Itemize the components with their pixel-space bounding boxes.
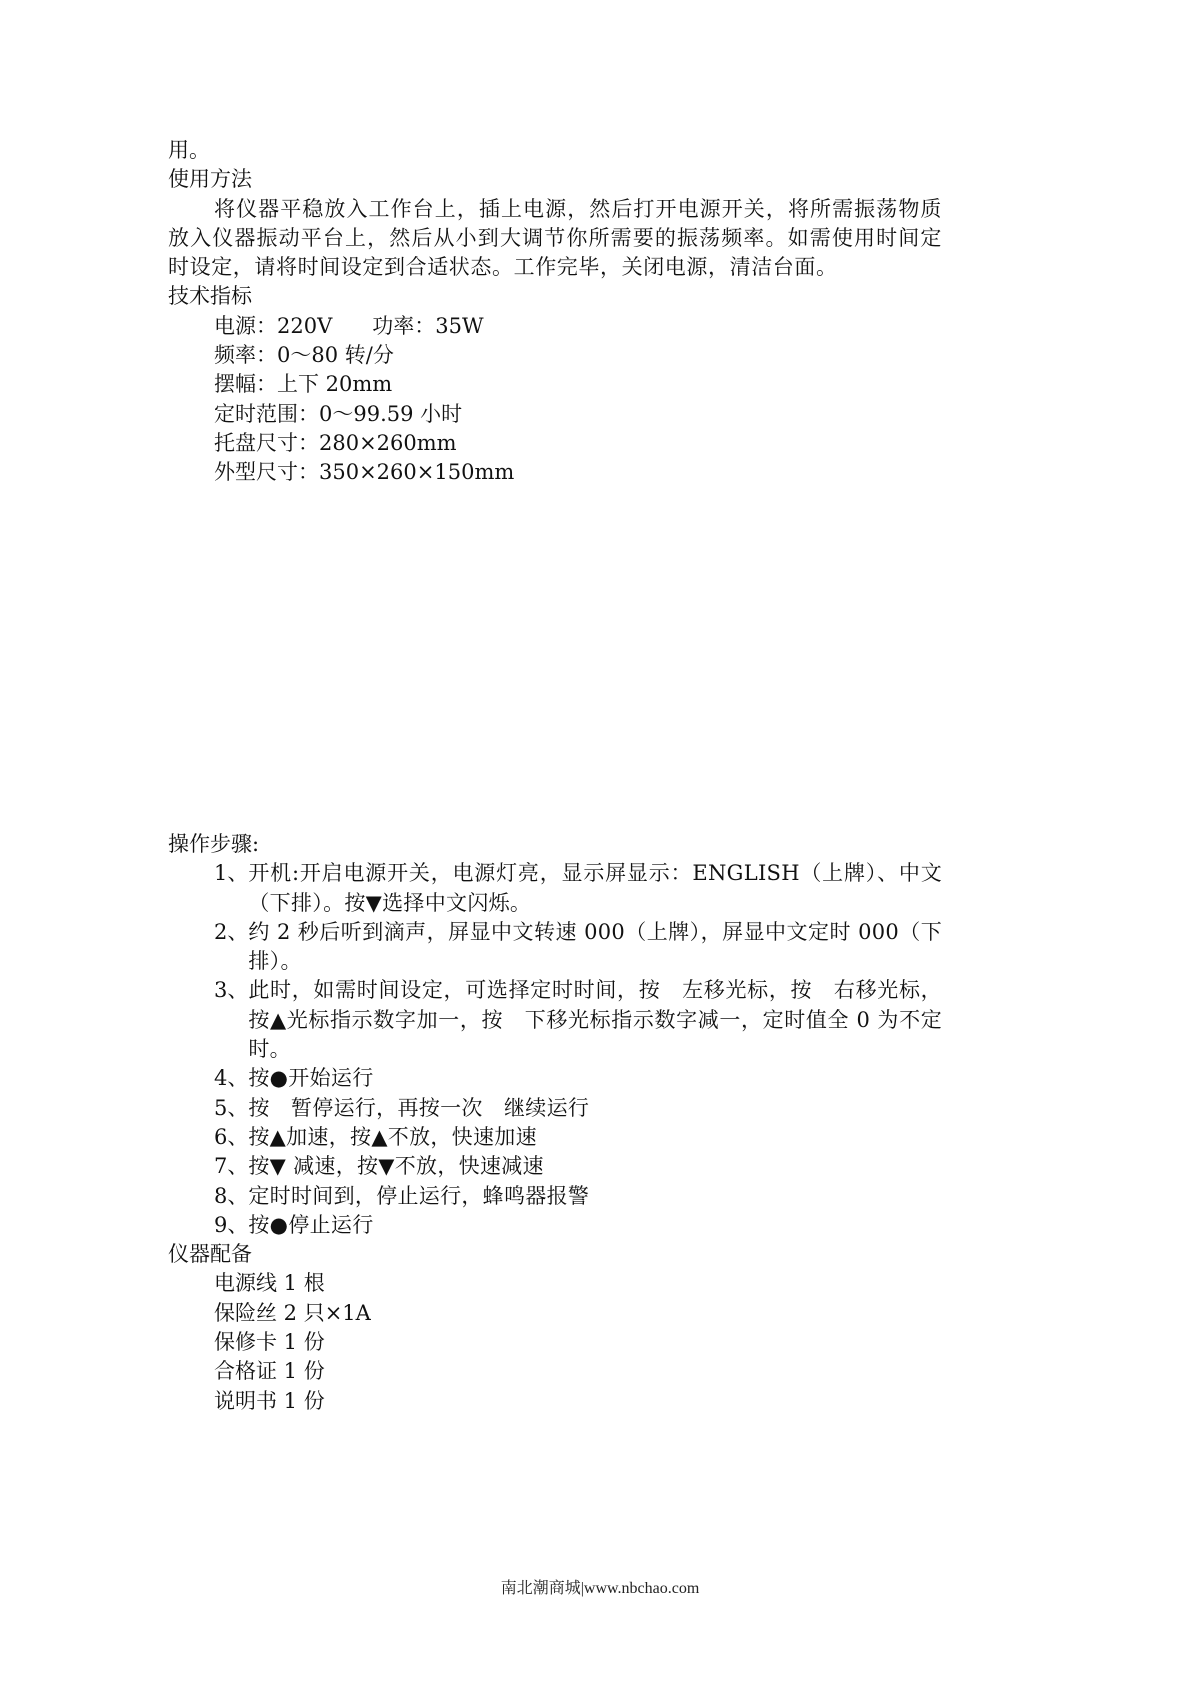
spec-item: 托盘尺寸：280×260mm bbox=[168, 429, 942, 458]
step-text: 此时，如需时间设定，可选择定时时间，按 左移光标，按 右移光标，按▲光标指示数字… bbox=[248, 976, 942, 1064]
continued-text: 用。 bbox=[168, 136, 942, 165]
document-bottom-section: 操作步骤: 1、 开机:开启电源开关，电源灯亮，显示屏显示：ENGLISH（上牌… bbox=[168, 830, 942, 1416]
step-item: 2、 约 2 秒后听到滴声，屏显中文转速 000（上牌），屏显中文定时 000（… bbox=[168, 918, 942, 977]
usage-paragraph: 将仪器平稳放入工作台上，插上电源，然后打开电源开关，将所需振荡物质放入仪器振动平… bbox=[168, 195, 942, 283]
accessory-item: 说明书 1 份 bbox=[168, 1387, 942, 1416]
step-item: 9、 按●停止运行 bbox=[168, 1211, 942, 1240]
specs-heading: 技术指标 bbox=[168, 282, 942, 311]
step-item: 1、 开机:开启电源开关，电源灯亮，显示屏显示：ENGLISH（上牌）、中文（下… bbox=[168, 859, 942, 918]
step-text: 定时时间到，停止运行，蜂鸣器报警 bbox=[248, 1182, 942, 1211]
accessories-heading: 仪器配备 bbox=[168, 1240, 942, 1269]
step-number: 2、 bbox=[214, 918, 248, 977]
spec-item: 摆幅：上下 20mm bbox=[168, 370, 942, 399]
step-number: 3、 bbox=[214, 976, 248, 1064]
usage-heading: 使用方法 bbox=[168, 165, 942, 194]
accessory-item: 合格证 1 份 bbox=[168, 1357, 942, 1386]
step-item: 4、 按●开始运行 bbox=[168, 1064, 942, 1093]
step-item: 8、 定时时间到，停止运行，蜂鸣器报警 bbox=[168, 1182, 942, 1211]
spec-item: 外型尺寸：350×260×150mm bbox=[168, 458, 942, 487]
step-item: 3、 此时，如需时间设定，可选择定时时间，按 左移光标，按 右移光标，按▲光标指… bbox=[168, 976, 942, 1064]
accessory-item: 保修卡 1 份 bbox=[168, 1328, 942, 1357]
page-footer: 南北潮商城|www.nbchao.com bbox=[0, 1575, 1200, 1598]
step-number: 6、 bbox=[214, 1123, 248, 1152]
step-text: 开机:开启电源开关，电源灯亮，显示屏显示：ENGLISH（上牌）、中文（下排）。… bbox=[248, 859, 942, 918]
steps-heading: 操作步骤: bbox=[168, 830, 942, 859]
step-number: 4、 bbox=[214, 1064, 248, 1093]
step-number: 7、 bbox=[214, 1152, 248, 1181]
step-number: 9、 bbox=[214, 1211, 248, 1240]
step-number: 1、 bbox=[214, 859, 248, 918]
step-text: 按●开始运行 bbox=[248, 1064, 942, 1093]
step-item: 6、 按▲加速，按▲不放，快速加速 bbox=[168, 1123, 942, 1152]
spec-item: 电源：220V 功率：35W bbox=[168, 312, 942, 341]
accessory-item: 保险丝 2 只×1A bbox=[168, 1299, 942, 1328]
step-item: 5、 按 暂停运行，再按一次 继续运行 bbox=[168, 1094, 942, 1123]
accessory-item: 电源线 1 根 bbox=[168, 1269, 942, 1298]
step-item: 7、 按▼ 减速，按▼不放，快速减速 bbox=[168, 1152, 942, 1181]
step-text: 按 暂停运行，再按一次 继续运行 bbox=[248, 1094, 942, 1123]
spec-item: 频率：0～80 转/分 bbox=[168, 341, 942, 370]
step-text: 按▲加速，按▲不放，快速加速 bbox=[248, 1123, 942, 1152]
step-number: 8、 bbox=[214, 1182, 248, 1211]
step-text: 按●停止运行 bbox=[248, 1211, 942, 1240]
step-text: 按▼ 减速，按▼不放，快速减速 bbox=[248, 1152, 942, 1181]
step-number: 5、 bbox=[214, 1094, 248, 1123]
step-text: 约 2 秒后听到滴声，屏显中文转速 000（上牌），屏显中文定时 000（下排）… bbox=[248, 918, 942, 977]
spec-item: 定时范围：0～99.59 小时 bbox=[168, 400, 942, 429]
document-top-section: 用。 使用方法 将仪器平稳放入工作台上，插上电源，然后打开电源开关，将所需振荡物… bbox=[168, 136, 942, 488]
